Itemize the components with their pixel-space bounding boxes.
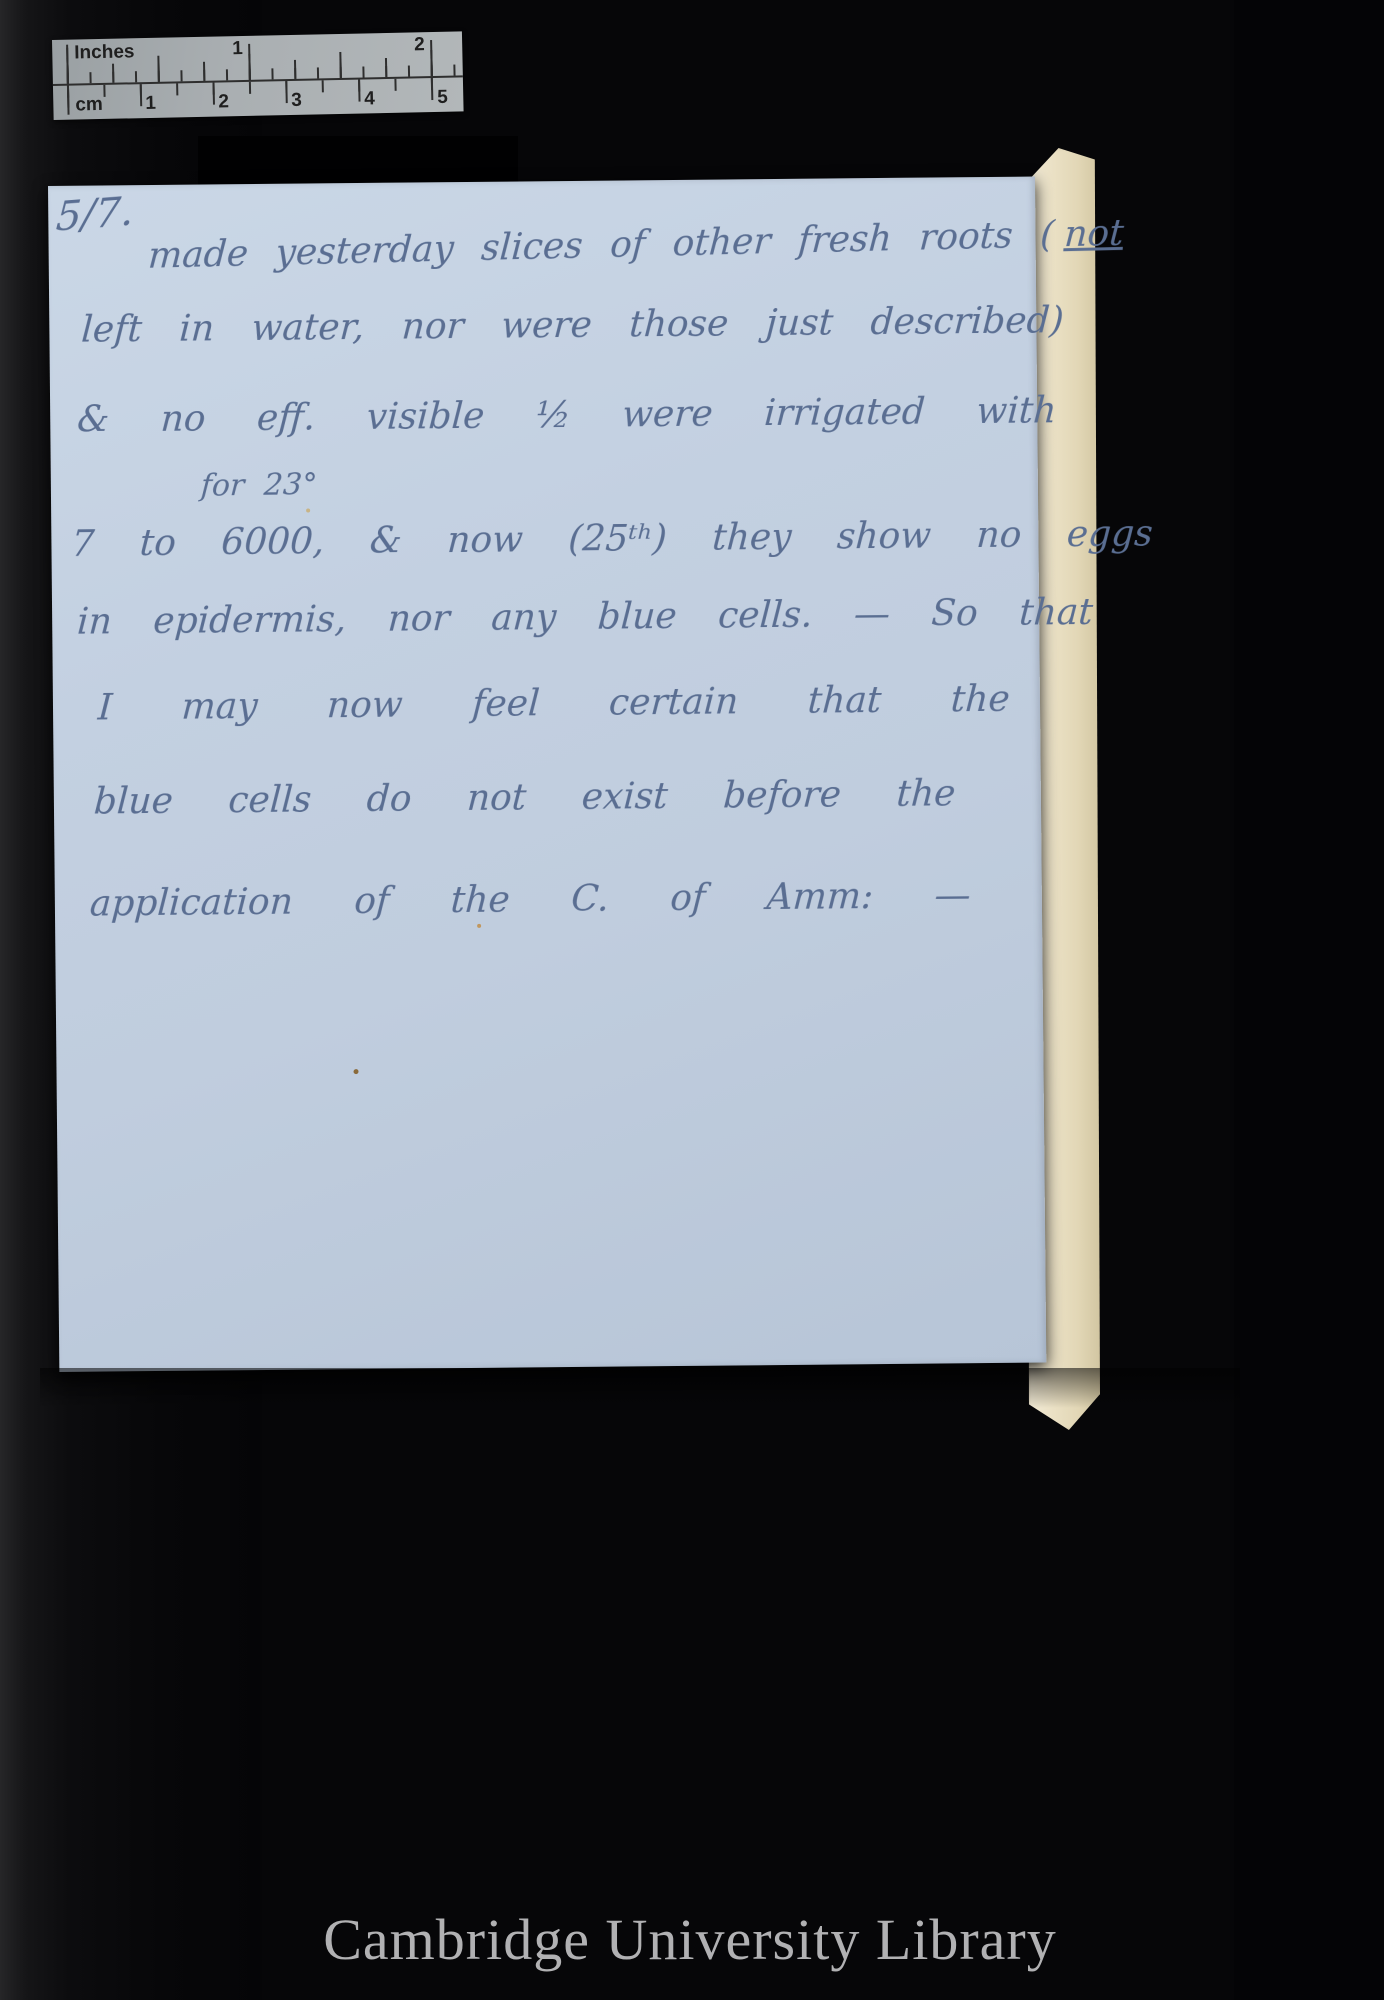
handwritten-line-4: 7 to 6000, & now (25ᵗʰ) they show no egg… [70, 513, 1154, 564]
handwritten-line-2: left in water, nor were those just descr… [80, 300, 1065, 350]
ruler-cm-row [53, 77, 464, 120]
underlined-word: not [1063, 213, 1125, 255]
handwritten-text: made yesterday slices of other fresh roo… [147, 214, 1056, 276]
handwritten-line-7: blue cells do not exist before the [93, 773, 957, 822]
ruler-cm-number: 3 [291, 90, 302, 112]
scale-ruler: Inches cm 1 2 1 2 3 4 5 [52, 31, 464, 120]
paper-speck [306, 508, 310, 512]
handwritten-line-3: & no eff. visible ½ were irrigated with [76, 390, 1058, 440]
velvet-cradle-right [1234, 0, 1384, 2000]
ruler-cm-number: 1 [145, 93, 156, 115]
shadow-band [198, 136, 518, 188]
handwritten-line-6: I may now feel certain that the [97, 679, 1011, 729]
handwritten-line-1: made yesterday slices of other fresh roo… [147, 213, 1125, 277]
page-bottom-shadow [40, 1368, 1240, 1408]
paper-speck [353, 1069, 358, 1074]
paper-speck [477, 924, 481, 928]
manuscript-scan: 5/7. made yesterday slices of other fres… [0, 0, 1384, 2000]
handwritten-line-5: in epidermis, nor any blue cells. — So t… [76, 592, 1094, 643]
handwritten-line-8: application of the C. of Amm: — [89, 875, 972, 924]
ruler-cm-number: 4 [364, 88, 375, 110]
interlinear-insertion: for 23° [200, 467, 318, 503]
ruler-inch-number: 1 [232, 38, 243, 60]
ruler-cm-label: cm [75, 94, 103, 117]
ruler-inch-number: 2 [414, 34, 425, 56]
folio-number: 5/7. [55, 189, 135, 241]
ruler-cm-number: 2 [218, 91, 229, 113]
ruler-cm-number: 5 [437, 87, 448, 109]
library-watermark: Cambridge University Library [240, 1906, 1140, 1973]
ruler-inches-label: Inches [74, 41, 135, 64]
manuscript-page: 5/7. made yesterday slices of other fres… [48, 177, 1046, 1372]
